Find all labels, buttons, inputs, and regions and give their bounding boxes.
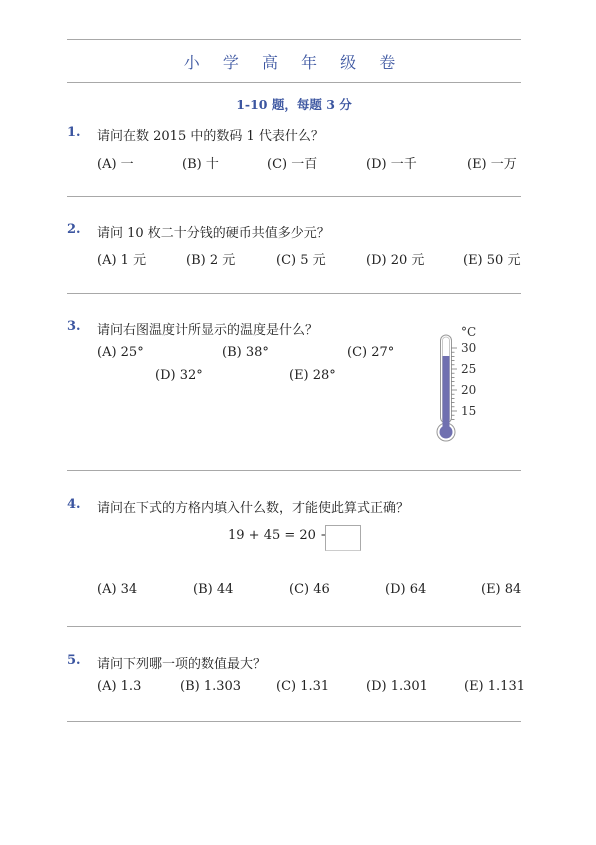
top-rule bbox=[67, 39, 521, 40]
option-d[interactable]: (D) 20 元 bbox=[366, 249, 424, 268]
question-number: 2. bbox=[67, 222, 81, 237]
question-text: 请问下列哪一项的数值最大？ bbox=[97, 653, 266, 672]
option-c[interactable]: (C) 5 元 bbox=[276, 249, 326, 268]
scale-label-20: 20 bbox=[461, 383, 476, 397]
option-d[interactable]: (D) 64 bbox=[385, 582, 426, 597]
mercury-bulb bbox=[440, 426, 453, 439]
option-b[interactable]: (B) 1.303 bbox=[180, 679, 241, 694]
question-number: 1. bbox=[67, 125, 81, 140]
option-c[interactable]: (C) 一百 bbox=[267, 153, 317, 172]
option-e[interactable]: (E) 28° bbox=[289, 368, 336, 383]
section-subtitle: 1-10 题，每题 3 分 bbox=[67, 95, 521, 113]
divider bbox=[67, 470, 521, 471]
equation: 19 + 45 = 20 + bbox=[228, 528, 331, 543]
question-text: 请问 10 枚二十分钱的硬币共值多少元？ bbox=[97, 222, 330, 241]
question-number: 5. bbox=[67, 653, 81, 668]
option-d[interactable]: (D) 1.301 bbox=[366, 679, 428, 694]
thermometer-figure: °C 30 25 20 15 bbox=[432, 326, 492, 446]
option-c[interactable]: (C) 46 bbox=[289, 582, 330, 597]
title-rule bbox=[67, 82, 521, 83]
question-number: 3. bbox=[67, 319, 81, 334]
option-b[interactable]: (B) 44 bbox=[193, 582, 233, 597]
option-e[interactable]: (E) 84 bbox=[481, 582, 521, 597]
page-title: 小 学 高 年 级 卷 bbox=[67, 50, 521, 73]
question-text: 请问在下式的方格内填入什么数，才能使此算式正确？ bbox=[97, 497, 409, 516]
option-b[interactable]: (B) 十 bbox=[182, 153, 219, 172]
scale-label-15: 15 bbox=[461, 404, 476, 418]
option-e[interactable]: (E) 一万 bbox=[467, 153, 517, 172]
question-text: 请问在数 2015 中的数码 1 代表什么？ bbox=[97, 125, 324, 144]
unit-label: °C bbox=[461, 326, 476, 339]
option-b[interactable]: (B) 2 元 bbox=[186, 249, 235, 268]
divider bbox=[67, 721, 521, 722]
option-c[interactable]: (C) 27° bbox=[347, 345, 394, 360]
scale-label-30: 30 bbox=[461, 341, 476, 355]
answer-box[interactable] bbox=[325, 525, 361, 551]
option-a[interactable]: (A) 一 bbox=[97, 153, 134, 172]
question-text: 请问右图温度计所显示的温度是什么？ bbox=[97, 319, 318, 338]
scale-label-25: 25 bbox=[461, 362, 476, 376]
option-a[interactable]: (A) 34 bbox=[97, 582, 137, 597]
option-a[interactable]: (A) 1.3 bbox=[97, 679, 141, 694]
option-a[interactable]: (A) 1 元 bbox=[97, 249, 146, 268]
divider bbox=[67, 293, 521, 294]
question-number: 4. bbox=[67, 497, 81, 512]
divider bbox=[67, 196, 521, 197]
option-e[interactable]: (E) 50 元 bbox=[463, 249, 520, 268]
mercury-column bbox=[443, 356, 450, 428]
option-e[interactable]: (E) 1.131 bbox=[464, 679, 525, 694]
option-a[interactable]: (A) 25° bbox=[97, 345, 144, 360]
option-b[interactable]: (B) 38° bbox=[222, 345, 269, 360]
divider bbox=[67, 626, 521, 627]
option-d[interactable]: (D) 32° bbox=[155, 368, 203, 383]
option-c[interactable]: (C) 1.31 bbox=[276, 679, 329, 694]
option-d[interactable]: (D) 一千 bbox=[366, 153, 417, 172]
